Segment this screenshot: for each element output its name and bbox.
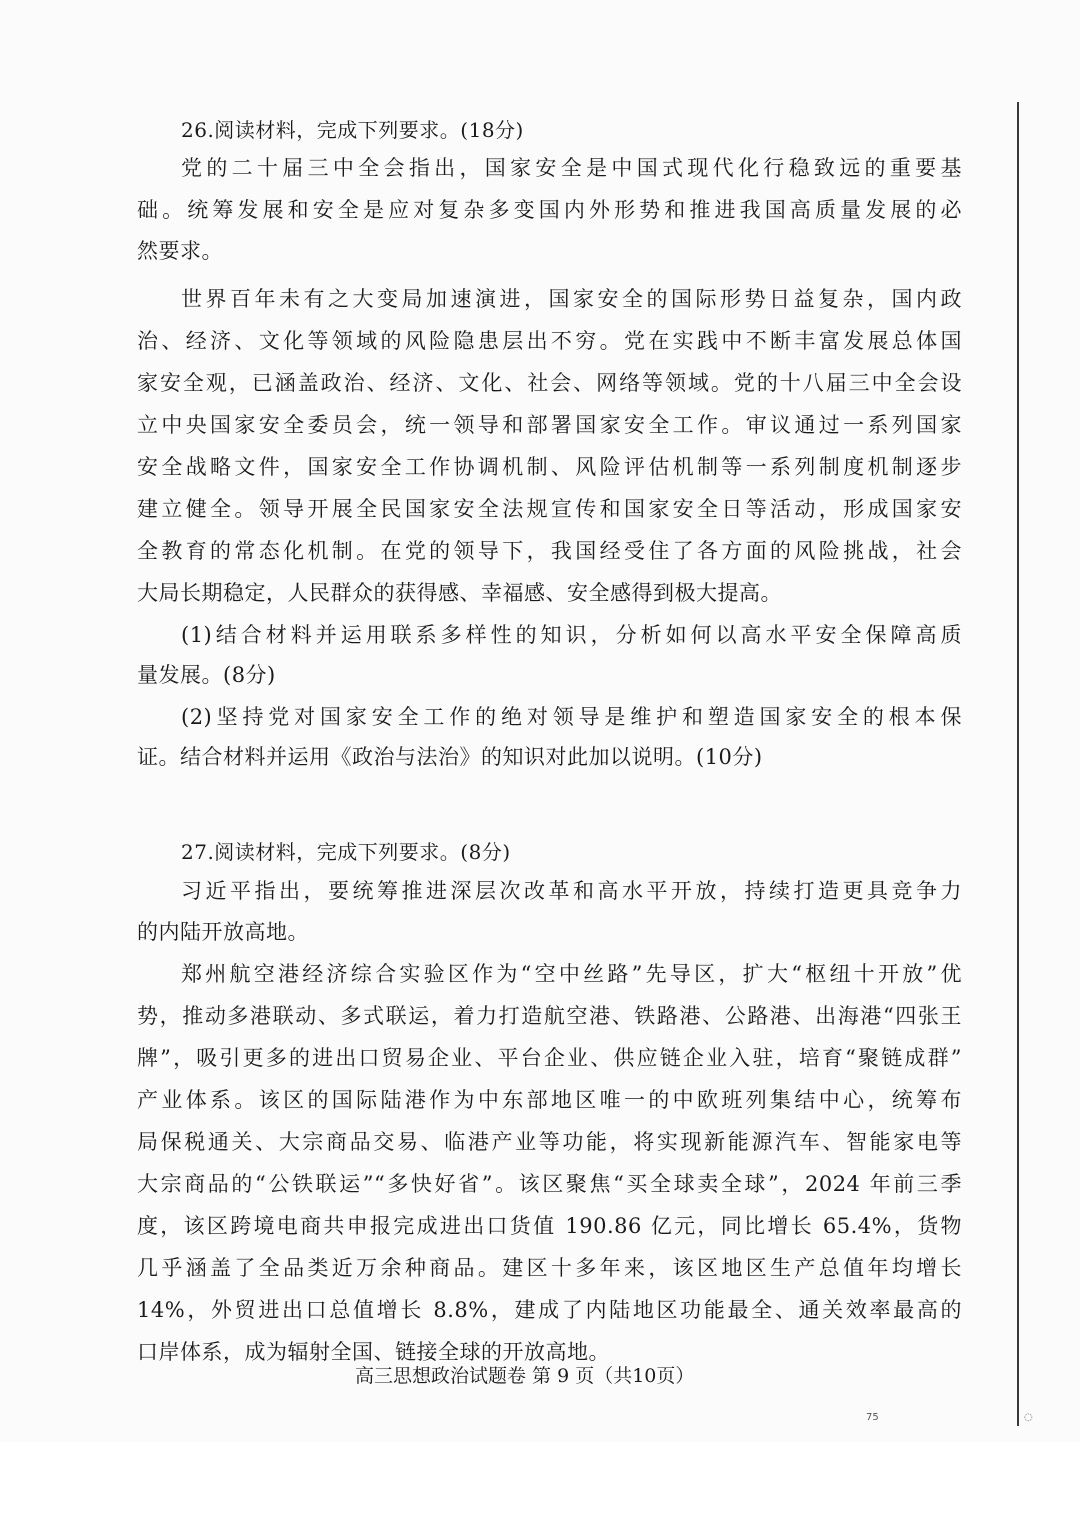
q27-para2-line: 郑州航空港经济综合实验区作为“空中丝路”先导区，扩大“枢纽十开放”优 — [181, 957, 962, 991]
q27-para1-line: 的内陆开放高地。 — [137, 915, 962, 949]
page-footer: 高三思想政治试题卷 第 9 页（共10页） — [355, 1362, 775, 1390]
q26-para2-line: 安全战略文件，国家安全工作协调机制、风险评估机制等一系列制度机制逐步 — [137, 450, 962, 484]
q26-subquestion-1: 量发展。(8分) — [137, 658, 962, 692]
question-26-title: 26.阅读材料，完成下列要求。(18分) — [181, 113, 962, 147]
q27-para1-line: 习近平指出，要统筹推进深层次改革和高水平开放，持续打造更具竞争力 — [181, 874, 962, 908]
question-27-title: 27.阅读材料，完成下列要求。(8分) — [181, 835, 962, 869]
q26-para1-line: 然要求。 — [137, 234, 962, 268]
q26-para1-line: 础。统筹发展和安全是应对复杂多变国内外形势和推进我国高质量发展的必 — [137, 193, 962, 227]
q27-para2-line: 几乎涵盖了全品类近万余种商品。建区十多年来，该区地区生产总值年均增长 — [137, 1251, 962, 1285]
scan-mark: 75 — [866, 1412, 879, 1423]
q26-para2-line: 世界百年未有之大变局加速演进，国家安全的国际形势日益复杂，国内政 — [181, 282, 962, 316]
q26-subquestion-2: (2)坚持党对国家安全工作的绝对领导是维护和塑造国家安全的根本保 — [181, 700, 962, 734]
q27-para2-line: 度，该区跨境电商共申报完成进出口货值 190.86 亿元，同比增长 65.4%，… — [137, 1209, 962, 1243]
q27-para2-line: 牌”，吸引更多的进出口贸易企业、平台企业、供应链企业入驻，培育“聚链成群” — [137, 1041, 962, 1075]
q26-para2-line: 大局长期稳定，人民群众的获得感、幸福感、安全感得到极大提高。 — [137, 576, 962, 610]
q26-para2-line: 建立健全。领导开展全民国家安全法规宣传和国家安全日等活动，形成国家安 — [137, 492, 962, 526]
q26-para2-line: 立中央国家安全委员会，统一领导和部署国家安全工作。审议通过一系列国家 — [137, 408, 962, 442]
q26-subquestion-1: (1)结合材料并运用联系多样性的知识，分析如何以高水平安全保障高质 — [181, 618, 962, 652]
q26-para1-line: 党的二十届三中全会指出，国家安全是中国式现代化行稳致远的重要基 — [181, 151, 962, 185]
exam-page: 26.阅读材料，完成下列要求。(18分) 党的二十届三中全会指出，国家安全是中国… — [0, 0, 1080, 1442]
scan-artifact-icon: ◌ — [1024, 1412, 1033, 1423]
q27-para2-line: 14%，外贸进出口总值增长 8.8%，建成了内陆地区功能最全、通关效率最高的 — [137, 1293, 962, 1327]
q26-para2-line: 治、经济、文化等领域的风险隐患层出不穷。党在实践中不断丰富发展总体国 — [137, 324, 962, 358]
q26-para2-line: 家安全观，已涵盖政治、经济、文化、社会、网络等领域。党的十八届三中全会设 — [137, 366, 962, 400]
q26-subquestion-2: 证。结合材料并运用《政治与法治》的知识对此加以说明。(10分) — [137, 740, 962, 774]
q27-para2-line: 大宗商品的“公铁联运”“多快好省”。该区聚焦“买全球卖全球”，2024 年前三季 — [137, 1167, 962, 1201]
q26-para2-line: 全教育的常态化机制。在党的领导下，我国经受住了各方面的风险挑战，社会 — [137, 534, 962, 568]
q27-para2-line: 势，推动多港联动、多式联运，着力打造航空港、铁路港、公路港、出海港“四张王 — [137, 999, 962, 1033]
q27-para2-line: 产业体系。该区的国际陆港作为中东部地区唯一的中欧班列集结中心，统筹布 — [137, 1083, 962, 1117]
q27-para2-line: 局保税通关、大宗商品交易、临港产业等功能，将实现新能源汽车、智能家电等 — [137, 1125, 962, 1159]
margin-rule — [1017, 102, 1019, 1426]
